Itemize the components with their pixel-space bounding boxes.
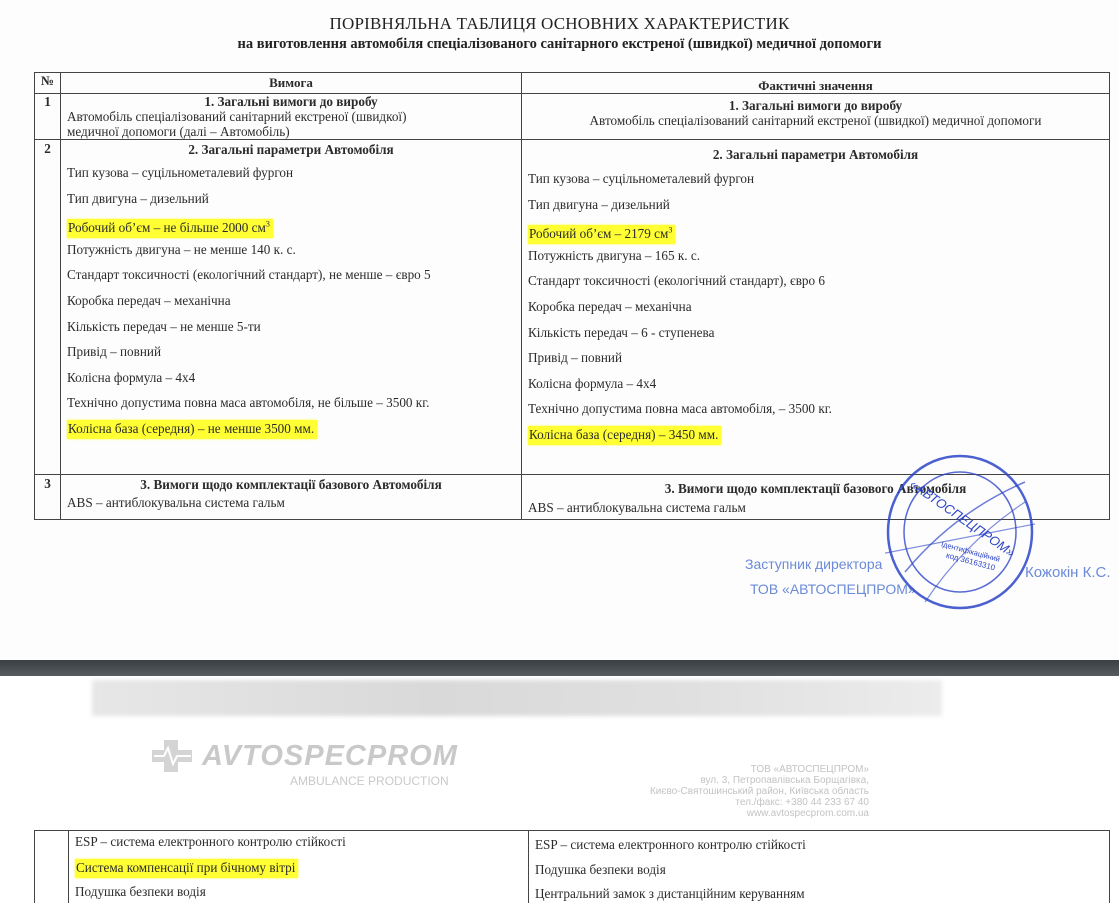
requirement-cell: 3. Вимоги щодо комплектації базового Авт… [61,474,522,519]
requirement-line: Потужність двигуна – не менше 140 к. с. [67,237,515,263]
document-page-1: ПОРІВНЯЛЬНА ТАБЛИЦЯ ОСНОВНИХ ХАРАКТЕРИСТ… [0,0,1119,660]
section-heading: 2. Загальні параметри Автомобіля [528,140,1103,166]
requirement-line: медичної допомоги (далі – Автомобіль) [67,124,515,139]
actual-line: Тип кузова – суцільнометалевий фургон [528,166,1103,192]
header-no: № [35,73,61,94]
requirement-line-highlighted: Колісна база (середня) – не менше 3500 м… [67,416,515,442]
section-heading: 2. Загальні параметри Автомобіля [67,140,515,160]
actual-line: Привід – повний [528,345,1103,371]
logo-wordmark: AVTOSPECPROM [202,740,458,773]
signature-position: Заступник директора [745,556,882,572]
row-number: 2 [35,140,61,475]
document-subtitle: на виготовлення автомобіля спеціалізован… [0,36,1119,53]
requirement-line: Технічно допустима повна маса автомобіля… [67,390,515,416]
document-page-2: AVTOSPECPROM AMBULANCE PRODUCTION ТОВ «А… [0,676,1119,903]
row-number: 1 [35,94,61,140]
actual-line-highlighted: Робочий об’єм – 2179 см3 [528,217,1103,243]
table-row: ESP – система електронного контролю стій… [35,831,1110,903]
row-number: 3 [35,474,61,519]
requirement-line: Колісна формула – 4х4 [67,365,515,391]
header-actual: Фактичні значення [522,73,1110,94]
actual-line: Колісна формула – 4х4 [528,371,1103,397]
blurred-header [92,680,942,716]
header-requirement: Вимога [61,73,522,94]
signature-name: Кожокін К.С. [1025,564,1111,581]
requirement-line: Тип двигуна – дизельний [67,186,515,212]
actual-line: Потужність двигуна – 165 к. с. [528,243,1103,269]
row-number [35,831,69,903]
requirement-line: ESP – система електронного контролю стій… [75,831,522,855]
actual-line: Тип двигуна – дизельний [528,192,1103,218]
actual-line: ESP – система електронного контролю стій… [535,831,1103,857]
requirement-cell: 1. Загальні вимоги до виробу Автомобіль … [61,94,522,140]
medical-cross-icon [150,738,194,774]
logo-tagline: AMBULANCE PRODUCTION [290,774,449,788]
requirement-line: Подушка безпеки водія [75,879,522,903]
section-heading: 1. Загальні вимоги до виробу [528,98,1103,113]
section-heading: 3. Вимоги щодо комплектації базового Авт… [67,475,515,495]
actual-line: Центральний замок з дистанційним керуван… [535,881,1103,903]
table-row: 1 1. Загальні вимоги до виробу Автомобіл… [35,94,1110,140]
section-heading: 1. Загальні вимоги до виробу [67,94,515,109]
table-header-row: № Вимога Фактичні значення [35,73,1110,94]
actual-line: Подушка безпеки водія [535,857,1103,881]
comparison-table-continued: ESP – система електронного контролю стій… [34,830,1110,903]
actual-cell: ESP – система електронного контролю стій… [529,831,1110,903]
actual-cell: 1. Загальні вимоги до виробу Автомобіль … [522,94,1110,140]
company-stamp-icon: «АВТОСПЕЦПРОМ» Ідентифікаційний код 3616… [885,452,1035,612]
page-divider [0,660,1119,676]
requirement-line: Коробка передач – механічна [67,288,515,314]
actual-line-highlighted: Колісна база (середня) – 3450 мм. [528,422,1103,448]
actual-line: Стандарт токсичності (екологічний станда… [528,268,1103,294]
requirement-cell: 2. Загальні параметри Автомобіля Тип куз… [61,140,522,475]
requirement-line-highlighted: Система компенсації при бічному вітрі [75,855,522,879]
actual-line: Кількість передач – 6 - ступенева [528,320,1103,346]
document-title: ПОРІВНЯЛЬНА ТАБЛИЦЯ ОСНОВНИХ ХАРАКТЕРИСТ… [0,14,1119,34]
actual-line: Технічно допустима повна маса автомобіля… [528,396,1103,422]
actual-line: Коробка передач – механічна [528,294,1103,320]
company-address: ТОВ «АВТОСПЕЦПРОМ» вул. 3, Петропавлівсь… [650,764,869,819]
requirement-line: Привід – повний [67,339,515,365]
requirement-line: Стандарт токсичності (екологічний станда… [67,262,515,288]
table-row: 2 2. Загальні параметри Автомобіля Тип к… [35,140,1110,475]
requirement-line: Автомобіль спеціалізований санітарний ек… [67,109,515,124]
requirement-cell: ESP – система електронного контролю стій… [69,831,529,903]
requirement-line: ABS – антиблокувальна система гальм [67,495,515,515]
requirement-line-highlighted: Робочий об’єм – не більше 2000 см3 [67,211,515,237]
actual-line: Автомобіль спеціалізований санітарний ек… [528,113,1103,128]
requirement-line: Тип кузова – суцільнометалевий фургон [67,160,515,186]
actual-cell: 2. Загальні параметри Автомобіля Тип куз… [522,140,1110,475]
requirement-line: Кількість передач – не менше 5-ти [67,314,515,340]
